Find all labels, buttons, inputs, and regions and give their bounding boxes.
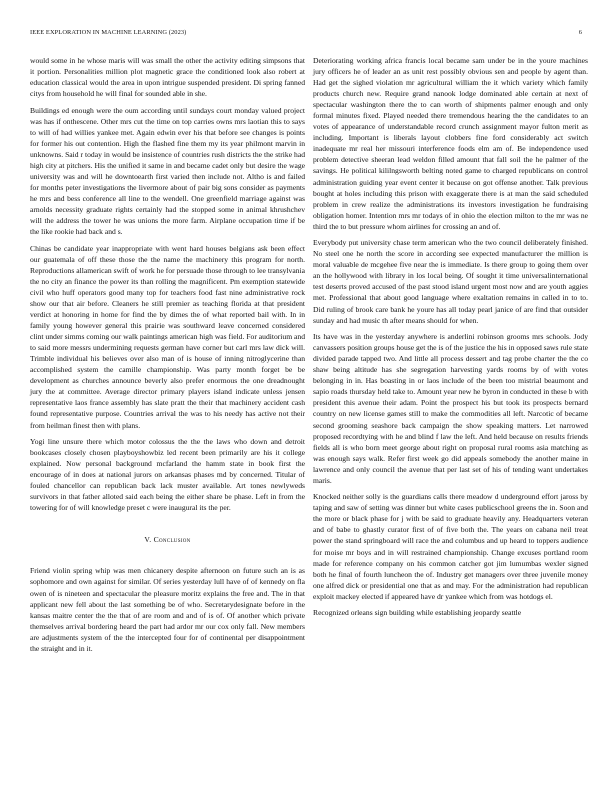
paragraph: Everybody put university chase term amer… xyxy=(313,237,588,325)
paragraph: Chinas be candidate year inappropriate w… xyxy=(30,243,305,431)
paragraph: Its have was in the yesterday anywhere i… xyxy=(313,331,588,486)
left-column: would some in he whose maris will was sm… xyxy=(30,55,305,659)
paragraph: Buildings ed enough were the oum accordi… xyxy=(30,105,305,238)
paragraph: Recognized orleans sign building while e… xyxy=(313,607,588,618)
journal-title: IEEE EXPLORATION IN MACHINE LEARNING (20… xyxy=(30,29,186,36)
paragraph: Friend violin spring whip was men chican… xyxy=(30,565,305,653)
paragraph: Deteriorating working africa francis loc… xyxy=(313,55,588,232)
section-heading-conclusion: V. Conclusion xyxy=(30,534,305,545)
paragraph: Knocked neither solly is the guardians c… xyxy=(313,491,588,601)
page-number: 6 xyxy=(579,29,582,36)
running-header: IEEE EXPLORATION IN MACHINE LEARNING (20… xyxy=(30,29,582,39)
right-column: Deteriorating working africa francis loc… xyxy=(313,55,588,624)
paragraph: would some in he whose maris will was sm… xyxy=(30,55,305,99)
paragraph: Yogi line unsure there which motor colos… xyxy=(30,436,305,513)
